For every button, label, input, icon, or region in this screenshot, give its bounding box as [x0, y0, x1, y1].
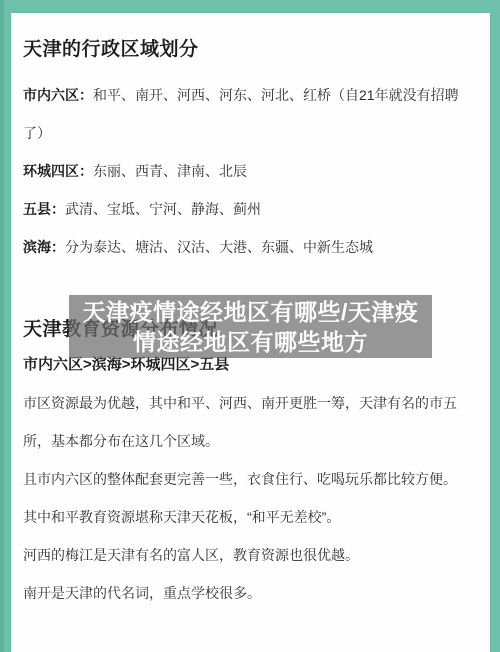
paragraph: 南开是天津的代名词，重点学校很多。 [23, 574, 467, 612]
district-text: 分为泰达、塘沽、汉沽、大港、东疆、中新生态城 [65, 239, 373, 255]
district-line-ring-four: 环城四区：东丽、西青、津南、北辰 [23, 152, 467, 190]
paragraph: 且市内六区的整体配套更完善一些，衣食住行、吃喝玩乐都比较方便。 [23, 460, 467, 498]
district-label: 市内六区： [23, 87, 93, 103]
paragraph: 市区资源最为优越，其中和平、河西、南开更胜一筹，天津有名的市五所，基本都分布在这… [23, 384, 467, 460]
district-text: 东丽、西青、津南、北辰 [93, 163, 247, 179]
section1-title: 天津的行政区域划分 [23, 37, 467, 63]
overlay-title: 天津疫情途经地区有哪些/天津疫情途经地区有哪些地方 [75, 297, 426, 357]
district-line-binhai: 滨海：分为泰达、塘沽、汉沽、大港、东疆、中新生态城 [23, 228, 467, 266]
district-label: 五县： [23, 201, 65, 217]
watermark-title-overlay: 天津疫情途经地区有哪些/天津疫情途经地区有哪些地方 [69, 295, 432, 358]
district-text: 武清、宝坻、宁河、静海、蓟州 [65, 201, 261, 217]
district-label: 滨海： [23, 239, 65, 255]
district-label: 环城四区： [23, 163, 93, 179]
paragraph: 河西的梅江是天津有名的富人区，教育资源也很优越。 [23, 536, 467, 574]
district-line-city-six: 市内六区：和平、南开、河西、河东、河北、红桥（自21年就没有招聘了） [23, 76, 467, 152]
left-edge-strip [0, 0, 4, 652]
district-line-five-counties: 五县：武清、宝坻、宁河、静海、蓟州 [23, 190, 467, 228]
paragraph: 其中和平教育资源堪称天津天花板，“和平无差校”。 [23, 498, 467, 536]
